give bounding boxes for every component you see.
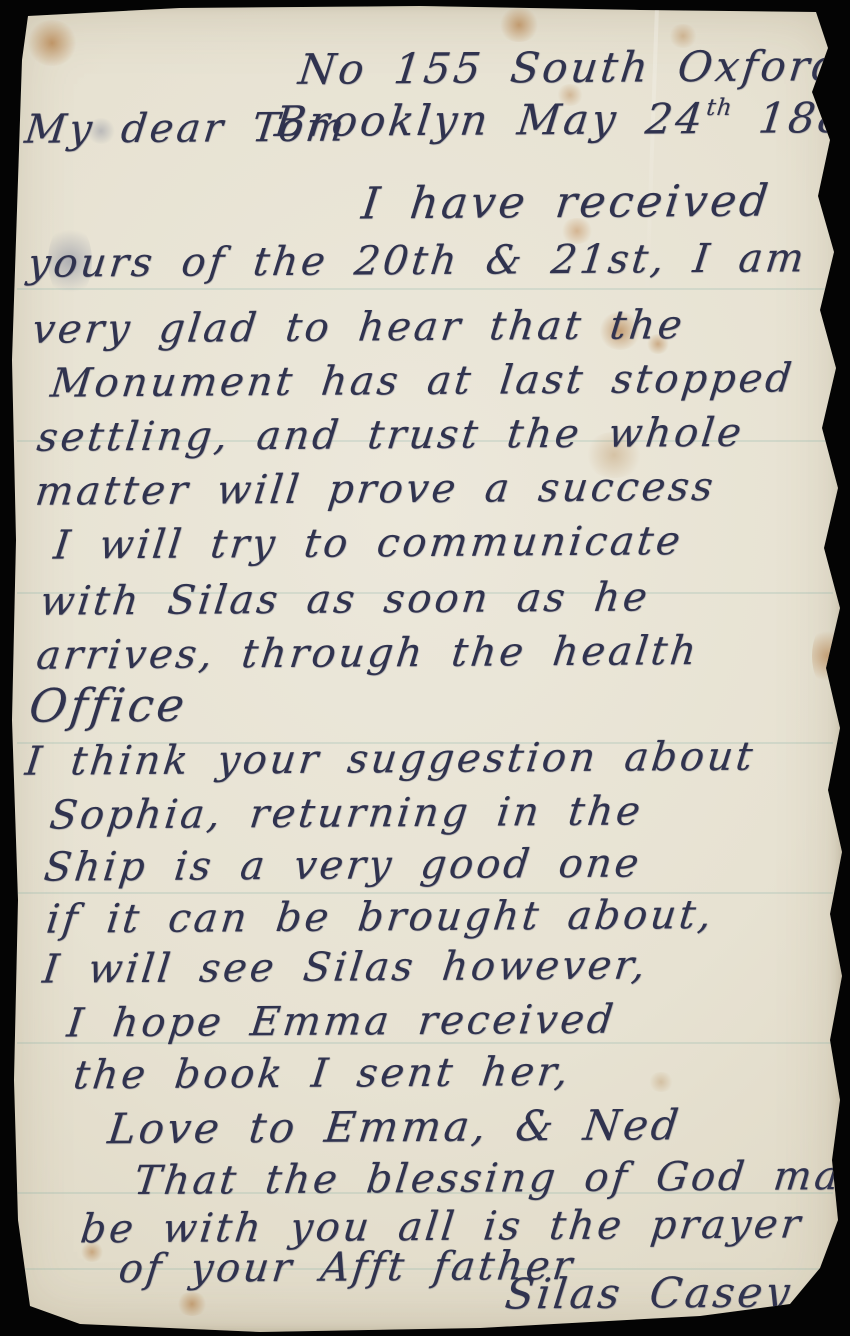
date-year: 1880 [756, 93, 850, 143]
date-ordinal: th [705, 95, 734, 121]
letter-line: if it can be brought about, [44, 892, 717, 943]
date-place-day: Brooklyn May 24 [272, 94, 708, 146]
letter-line: Monument has at last stopped [48, 355, 797, 406]
letter-line: very glad to hear that the [30, 302, 688, 353]
letter-line: yours of the 20th & 21st, I am [25, 235, 809, 286]
letter-line: arrives, through the health [34, 628, 701, 679]
address-line: No 155 South Oxford St [296, 41, 850, 94]
letter-line: I will see Silas however, [40, 942, 650, 992]
letter-line: I think your suggestion about [23, 734, 758, 785]
letter-line: Office [26, 678, 190, 733]
handwriting-layer: No 155 South Oxford St My dear Tom Brook… [0, 0, 850, 1336]
letter-line: with Silas as soon as he [38, 574, 653, 624]
letter-paper: No 155 South Oxford St My dear Tom Brook… [0, 0, 850, 1336]
letter-line: the book I sent her, [71, 1049, 573, 1099]
date-line: Brooklyn May 24th 1880 [272, 93, 850, 146]
letter-photo: No 155 South Oxford St My dear Tom Brook… [0, 0, 850, 1336]
letter-line: I will try to communicate [51, 518, 685, 568]
letter-line: Sophia, returning in the [47, 788, 645, 838]
letter-line: I have received [359, 176, 774, 230]
letter-line: matter will prove a success [33, 464, 718, 515]
signature: Silas Casey [503, 1267, 796, 1318]
letter-line: I hope Emma received [65, 997, 619, 1047]
closing-line: That the blessing of God may [132, 1153, 850, 1204]
closing-line: Love to Emma, & Ned [105, 1100, 684, 1153]
letter-line: settling, and trust the whole [35, 410, 747, 461]
letter-line: Ship is a very good one [42, 840, 644, 890]
